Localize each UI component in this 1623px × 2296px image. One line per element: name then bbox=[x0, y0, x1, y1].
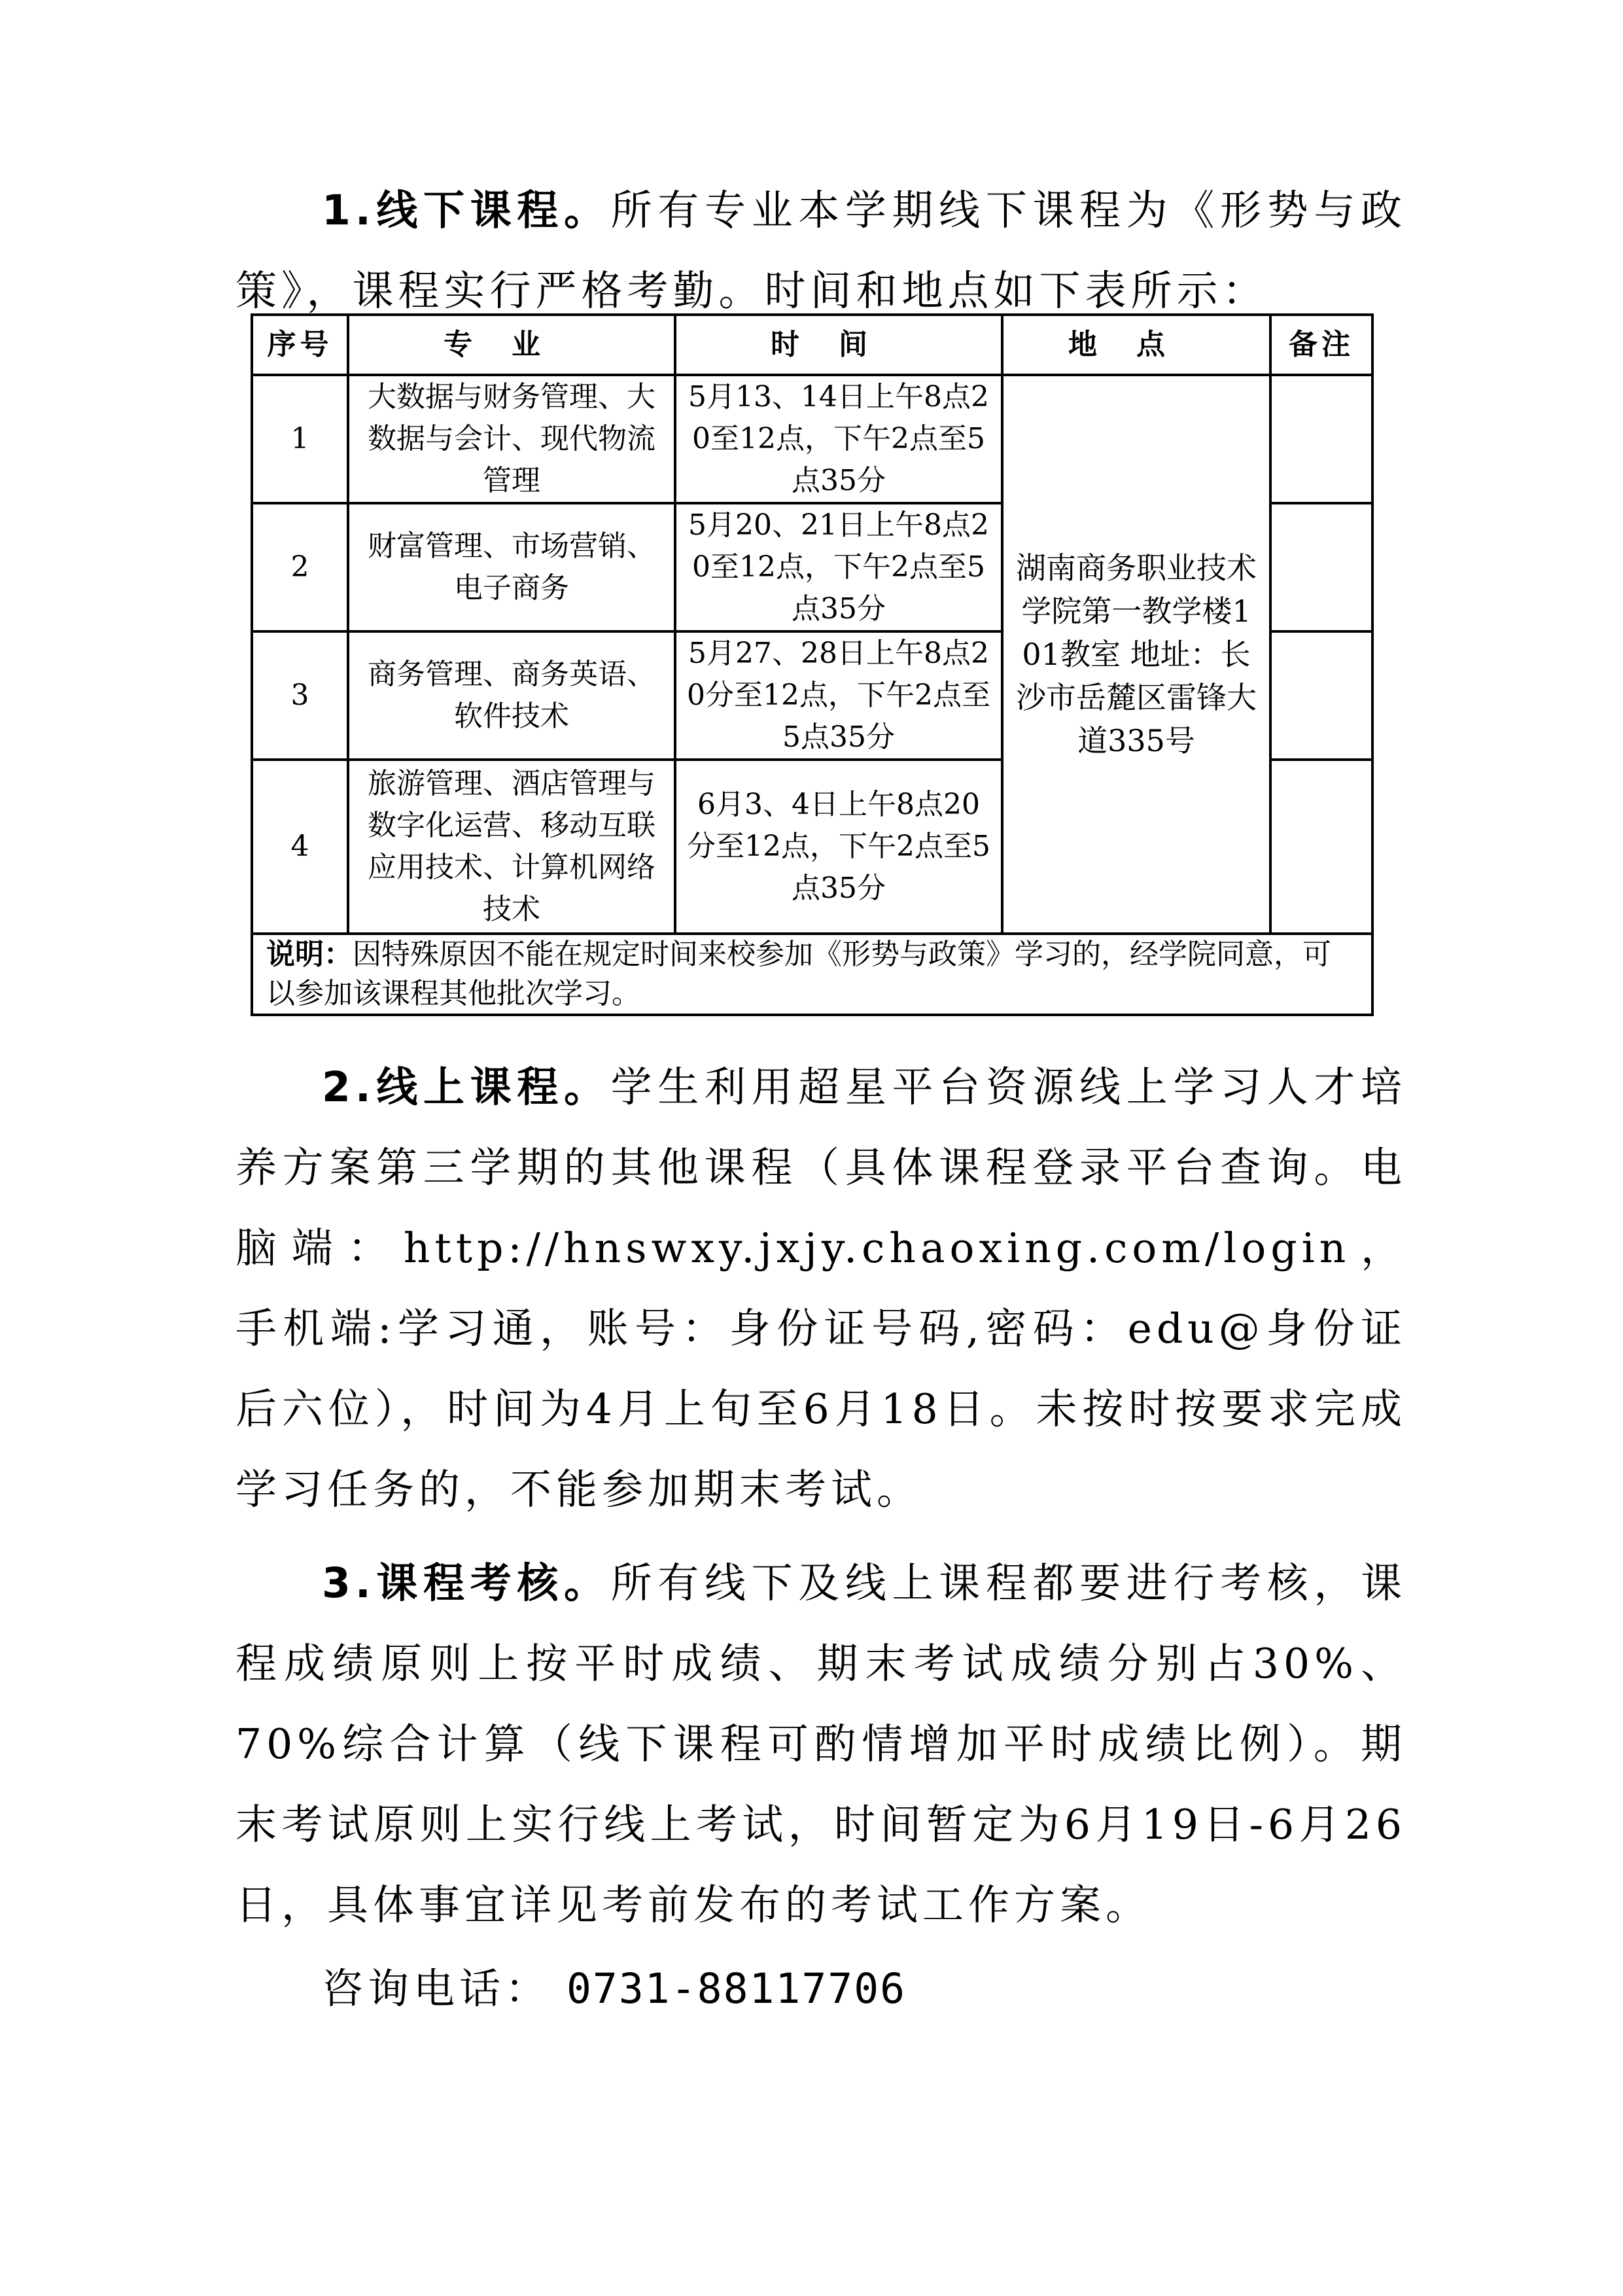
table-note-row: 说明：因特殊原因不能在规定时间来校参加《形势与政策》学习的，经学院同意，可以参加… bbox=[252, 934, 1372, 1015]
section-body: 学生利用超星平台资源线上学习人才培养方案第三学期的其他课程（具体课程登录平台查询… bbox=[236, 1063, 1406, 1513]
header-location: 地点 bbox=[1002, 315, 1270, 375]
section-course-assessment: 3.课程考核。所有线下及线上课程都要进行考核，课程成绩原则上按平时成绩、期末考试… bbox=[236, 1543, 1406, 1945]
cell-time: 5月27、28日上午8点20分至12点，下午2点至5点35分 bbox=[675, 631, 1002, 760]
offline-schedule-table: 序号 专业 时间 地点 备注 1 大数据与财务管理、大数据与会计、现代物流管理 … bbox=[251, 313, 1374, 1016]
document-page: 1.线下课程。所有专业本学期线下课程为《形势与政策》，课程实行严格考勤。时间和地… bbox=[0, 0, 1623, 2296]
cell-location: 湖南商务职业技术学院第一教学楼101教室 地址：长沙市岳麓区雷锋大道335号 bbox=[1002, 375, 1270, 934]
cell-major: 商务管理、商务英语、软件技术 bbox=[348, 631, 675, 760]
section-heading: 1.线下课程。 bbox=[322, 186, 611, 234]
section-offline-courses: 1.线下课程。所有专业本学期线下课程为《形势与政策》，课程实行严格考勤。时间和地… bbox=[236, 170, 1406, 331]
note-text: 因特殊原因不能在规定时间来校参加《形势与政策》学习的，经学院同意，可以参加该课程… bbox=[266, 938, 1331, 1010]
cell-time: 5月13、14日上午8点20至12点，下午2点至5点35分 bbox=[675, 375, 1002, 503]
table-header-row: 序号 专业 时间 地点 备注 bbox=[252, 315, 1372, 375]
contact-label: 咨询电话： bbox=[322, 1965, 551, 2013]
cell-major: 财富管理、市场营销、电子商务 bbox=[348, 503, 675, 631]
section-body: 所有线下及线上课程都要进行考核，课程成绩原则上按平时成绩、期末考试成绩分别占30… bbox=[236, 1559, 1406, 1929]
cell-no: 3 bbox=[252, 631, 348, 760]
table-row: 1 大数据与财务管理、大数据与会计、现代物流管理 5月13、14日上午8点20至… bbox=[252, 375, 1372, 503]
section-heading: 3.课程考核。 bbox=[322, 1559, 611, 1607]
header-remark: 备注 bbox=[1270, 315, 1372, 375]
section-online-courses: 2.线上课程。学生利用超星平台资源线上学习人才培养方案第三学期的其他课程（具体课… bbox=[236, 1047, 1406, 1530]
cell-remark bbox=[1270, 375, 1372, 503]
header-time: 时间 bbox=[675, 315, 1002, 375]
note-label: 说明： bbox=[266, 938, 353, 971]
cell-major: 旅游管理、酒店管理与数字化运营、移动互联应用技术、计算机网络技术 bbox=[348, 760, 675, 934]
cell-no: 1 bbox=[252, 375, 348, 503]
cell-remark bbox=[1270, 631, 1372, 760]
cell-no: 2 bbox=[252, 503, 348, 631]
section-heading: 2.线上课程。 bbox=[322, 1063, 611, 1111]
cell-remark bbox=[1270, 503, 1372, 631]
header-no: 序号 bbox=[252, 315, 348, 375]
cell-no: 4 bbox=[252, 760, 348, 934]
cell-major: 大数据与财务管理、大数据与会计、现代物流管理 bbox=[348, 375, 675, 503]
cell-time: 6月3、4日上午8点20分至12点，下午2点至5点35分 bbox=[675, 760, 1002, 934]
contact-phone: 0731-88117706 bbox=[567, 1965, 906, 2013]
cell-note: 说明：因特殊原因不能在规定时间来校参加《形势与政策》学习的，经学院同意，可以参加… bbox=[252, 934, 1372, 1015]
cell-time: 5月20、21日上午8点20至12点，下午2点至5点35分 bbox=[675, 503, 1002, 631]
header-major: 专业 bbox=[348, 315, 675, 375]
contact-line: 咨询电话：0731-88117706 bbox=[236, 1949, 1406, 2029]
cell-remark bbox=[1270, 760, 1372, 934]
